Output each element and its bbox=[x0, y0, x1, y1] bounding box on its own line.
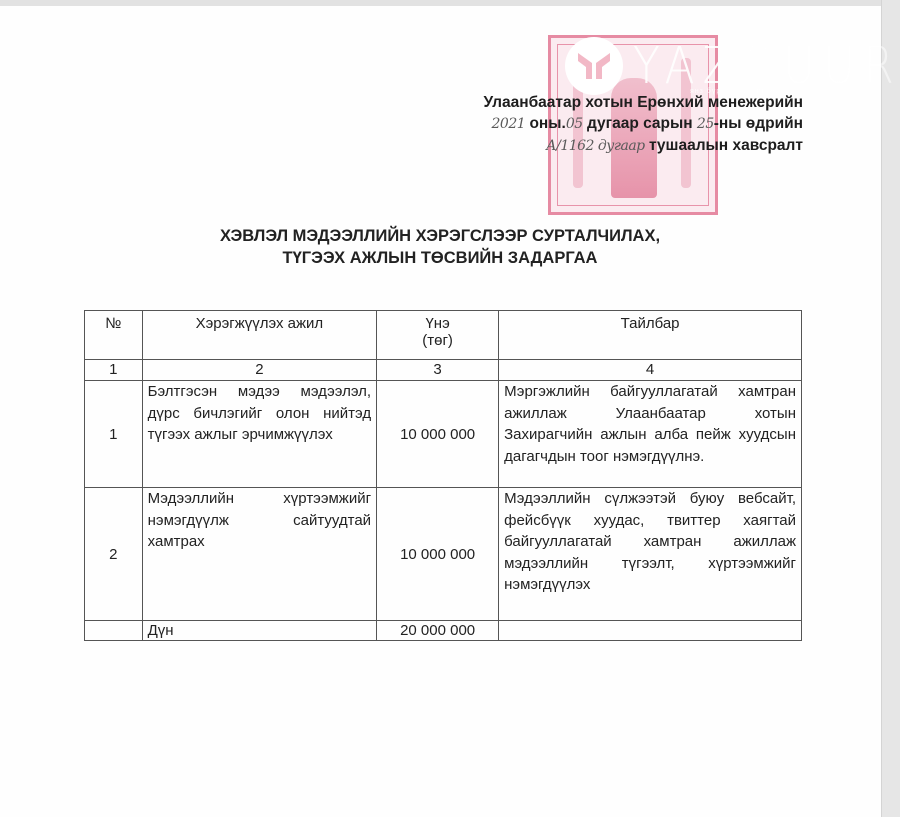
total-label: Дүн bbox=[142, 621, 376, 641]
row-note: Мэдээллийн сүлжээтэй буюу вебсайт, фейсб… bbox=[499, 488, 802, 621]
handwritten-day: 25 bbox=[697, 116, 714, 132]
row-task: Бэлтгэсэн мэдээ мэдээлэл, дүрс бичлэгийг… bbox=[142, 381, 376, 488]
header-note: Тайлбар bbox=[499, 311, 802, 360]
row-no: 2 bbox=[85, 488, 143, 621]
row-price: 10 000 000 bbox=[377, 488, 499, 621]
appendix-reference: Улаанбаатар хотын Ерөнхий менежерийн 202… bbox=[483, 92, 803, 157]
watermark-logo-icon bbox=[565, 37, 623, 95]
document-title: ХЭВЛЭЛ МЭДЭЭЛЛИЙН ХЭРЭГСЛЭЭР СУРТАЛЧИЛАХ… bbox=[120, 225, 760, 269]
right-edge bbox=[881, 0, 900, 817]
row-no: 1 bbox=[85, 381, 143, 488]
table-row: 1 Бэлтгэсэн мэдээ мэдээлэл, дүрс бичлэги… bbox=[85, 381, 802, 488]
appendix-line-2: 2021 оны.05 дугаар сарын 25-ны өдрийн bbox=[483, 113, 803, 135]
table-row: 2 Мэдээллийн хүртээмжийг нэмэгдүүлж сайт… bbox=[85, 488, 802, 621]
table-header-row: № Хэрэгжүүлэх ажил Үнэ (төг) Тайлбар bbox=[85, 311, 802, 360]
total-price: 20 000 000 bbox=[377, 621, 499, 641]
row-task: Мэдээллийн хүртээмжийг нэмэгдүүлж сайтуу… bbox=[142, 488, 376, 621]
watermark-brand: YAZGUUR.MN bbox=[633, 37, 900, 96]
handwritten-year: 2021 bbox=[492, 116, 526, 132]
header-no: № bbox=[85, 311, 143, 360]
total-note bbox=[499, 621, 802, 641]
handwritten-order-number: А/1162 дугаар bbox=[546, 138, 645, 154]
appendix-line-3: А/1162 дугаар тушаалын хавсралт bbox=[483, 135, 803, 157]
table-total-row: Дүн 20 000 000 bbox=[85, 621, 802, 641]
watermark-tagline: янз бүрийн хэтийн мэдээ bbox=[690, 88, 794, 95]
budget-table: № Хэрэгжүүлэх ажил Үнэ (төг) Тайлбар 1 2… bbox=[84, 310, 802, 641]
handwritten-month: 05 bbox=[566, 116, 583, 132]
row-note: Мэргэжлийн байгууллагатай хамтран ажилла… bbox=[499, 381, 802, 488]
header-task: Хэрэгжүүлэх ажил bbox=[142, 311, 376, 360]
column-number-row: 1 2 3 4 bbox=[85, 360, 802, 381]
row-price: 10 000 000 bbox=[377, 381, 499, 488]
watermark: YAZGUUR.MN bbox=[565, 36, 900, 96]
header-price: Үнэ (төг) bbox=[377, 311, 499, 360]
